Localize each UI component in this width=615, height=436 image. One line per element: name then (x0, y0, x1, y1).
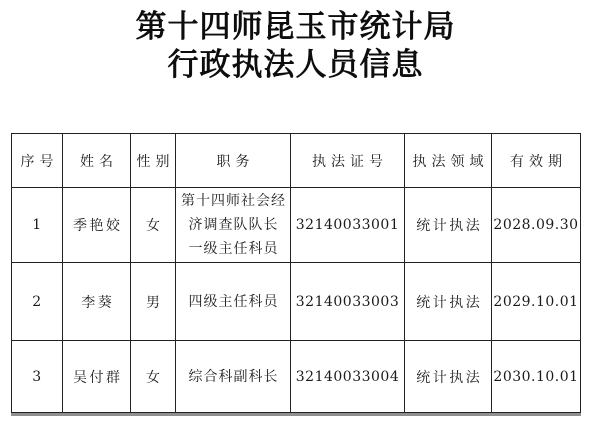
table-row: 2 李葵 男 四级主任科员 32140033003 统计执法 2029.10.0… (12, 263, 581, 341)
personnel-table: 序号 姓名 性别 职务 执法证号 执法领域 有效期 1 季艳姣 女 第十四师社会… (11, 133, 581, 413)
header-cell-no: 序号 (12, 134, 63, 188)
cell-name: 李葵 (63, 263, 131, 341)
cell-cert-no: 32140033003 (291, 263, 405, 341)
cell-field: 统计执法 (405, 341, 492, 413)
cell-position: 综合科副科长 (176, 341, 291, 413)
cell-no: 1 (12, 188, 63, 263)
cell-position: 四级主任科员 (176, 263, 291, 341)
page-title-line-2: 行政执法人员信息 (11, 46, 580, 84)
table-header: 序号 姓名 性别 职务 执法证号 执法领域 有效期 (12, 134, 581, 188)
cell-field: 统计执法 (405, 188, 492, 263)
table-row: 3 吴付群 女 综合科副科长 32140033004 统计执法 2030.10.… (12, 341, 581, 413)
cell-name: 吴付群 (63, 341, 131, 413)
page-title: 第十四师昆玉市统计局 行政执法人员信息 (11, 8, 580, 84)
header-cell-name: 姓名 (63, 134, 131, 188)
cell-gender: 女 (131, 341, 176, 413)
header-cell-field: 执法领域 (405, 134, 492, 188)
table-row: 1 季艳姣 女 第十四师社会经 济调查队队长 一级主任科员 3214003300… (12, 188, 581, 263)
header-cell-cert-no: 执法证号 (291, 134, 405, 188)
cell-validity: 2028.09.30 (492, 188, 581, 263)
page-title-line-1: 第十四师昆玉市统计局 (11, 8, 580, 46)
cell-gender: 男 (131, 263, 176, 341)
cell-position: 第十四师社会经 济调查队队长 一级主任科员 (176, 188, 291, 263)
cell-field: 统计执法 (405, 263, 492, 341)
header-cell-validity: 有效期 (492, 134, 581, 188)
cell-validity: 2030.10.01 (492, 341, 581, 413)
document-page: 第十四师昆玉市统计局 行政执法人员信息 序号 姓名 性别 职务 执法证号 执法领… (0, 0, 615, 436)
cell-validity: 2029.10.01 (492, 263, 581, 341)
cell-name: 季艳姣 (63, 188, 131, 263)
cell-cert-no: 32140033004 (291, 341, 405, 413)
cell-no: 3 (12, 341, 63, 413)
cell-no: 2 (12, 263, 63, 341)
table-body: 1 季艳姣 女 第十四师社会经 济调查队队长 一级主任科员 3214003300… (12, 188, 581, 413)
header-cell-position: 职务 (176, 134, 291, 188)
header-row: 序号 姓名 性别 职务 执法证号 执法领域 有效期 (12, 134, 581, 188)
cell-cert-no: 32140033001 (291, 188, 405, 263)
header-cell-gender: 性别 (131, 134, 176, 188)
cell-gender: 女 (131, 188, 176, 263)
